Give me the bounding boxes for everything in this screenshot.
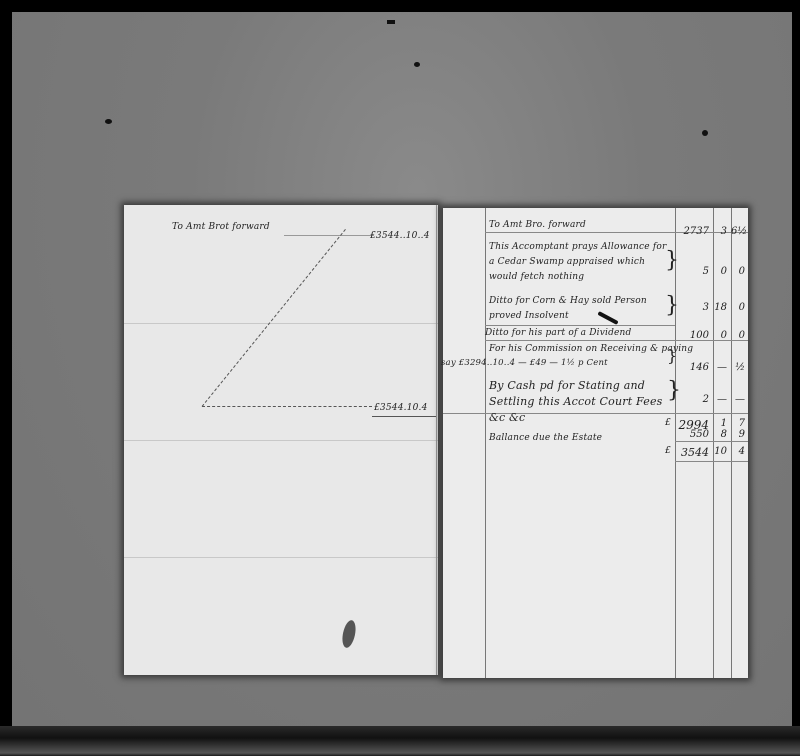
- entry-text: Ditto for Corn & Hay sold Person proved …: [489, 294, 669, 324]
- entry-text: For his Commission on Receiving & paying: [489, 344, 693, 354]
- left-header-amount: £3544..10..4: [370, 231, 430, 241]
- margin-rule: [485, 208, 486, 678]
- pence-rule: [731, 208, 732, 678]
- rule: [675, 461, 748, 462]
- fold-line: [124, 440, 438, 441]
- rule: [284, 235, 374, 236]
- entry-pence: 0: [731, 302, 745, 313]
- entry-pounds: 2737: [677, 226, 709, 237]
- film-mark: [387, 20, 395, 24]
- entry-pounds: 100: [677, 330, 709, 341]
- cancel-stroke: [202, 406, 372, 407]
- entry-pounds: 2: [677, 394, 709, 405]
- entry-text: By Cash pd for Stating and Settling this…: [489, 378, 669, 426]
- shillings-rule: [713, 208, 714, 678]
- subtotal-label: £: [665, 418, 671, 428]
- entry-pence: ½: [731, 362, 745, 373]
- total-shillings: 10: [713, 446, 727, 457]
- fold-line: [124, 557, 438, 558]
- subtotal-shillings: 1: [713, 418, 727, 429]
- left-total-amount: £3544.10.4: [374, 403, 428, 413]
- entry-shillings: —: [713, 362, 727, 373]
- rule: [372, 416, 436, 417]
- left-header-text: To Amt Brot forward: [172, 222, 270, 232]
- fold-line: [124, 323, 438, 324]
- entry-pounds: 5: [677, 266, 709, 277]
- entry-shillings: 0: [713, 330, 727, 341]
- entry-shillings: 18: [713, 302, 727, 313]
- entry-pence: 0: [731, 330, 745, 341]
- entry-shillings: 3: [713, 226, 727, 237]
- rule: [485, 325, 675, 326]
- rule: [675, 441, 748, 442]
- total-pence: 4: [731, 446, 745, 457]
- entry-shillings: —: [713, 394, 727, 405]
- balance-pounds: 550: [677, 429, 709, 440]
- entry-text: This Accomptant prays Allowance for a Ce…: [489, 240, 669, 285]
- entry-text: To Amt Bro. forward: [489, 220, 586, 230]
- pounds-rule: [675, 208, 676, 678]
- entry-margin-note: say £3294..10..4 — £49 — 1½ p Cent: [441, 358, 608, 368]
- balance-pence: 9: [731, 429, 745, 440]
- entry-pounds: 146: [677, 362, 709, 373]
- film-speck: [702, 130, 708, 136]
- total-label: £: [665, 446, 671, 456]
- total-pounds: 3544: [677, 446, 709, 459]
- entry-pence: 0: [731, 266, 745, 277]
- entry-pence: —: [731, 394, 745, 405]
- page-edge: [436, 205, 437, 675]
- right-ledger-page: To Amt Bro. forward 2737 3 6½ This Accom…: [443, 208, 748, 678]
- subtotal-pence: 7: [731, 418, 745, 429]
- left-ledger-page: To Amt Brot forward £3544..10..4 £3544.1…: [124, 205, 438, 675]
- balance-text: Ballance due the Estate: [489, 433, 602, 443]
- brace: }: [667, 346, 677, 365]
- entry-shillings: 0: [713, 266, 727, 277]
- cancel-stroke: [202, 229, 346, 407]
- film-edge: [0, 726, 800, 756]
- entry-pounds: 3: [677, 302, 709, 313]
- entry-text: Ditto for his part of a Dividend: [485, 328, 632, 338]
- film-speck: [414, 62, 420, 67]
- film-speck: [105, 119, 112, 124]
- entry-pence: 6½: [731, 226, 745, 237]
- balance-shillings: 8: [713, 429, 727, 440]
